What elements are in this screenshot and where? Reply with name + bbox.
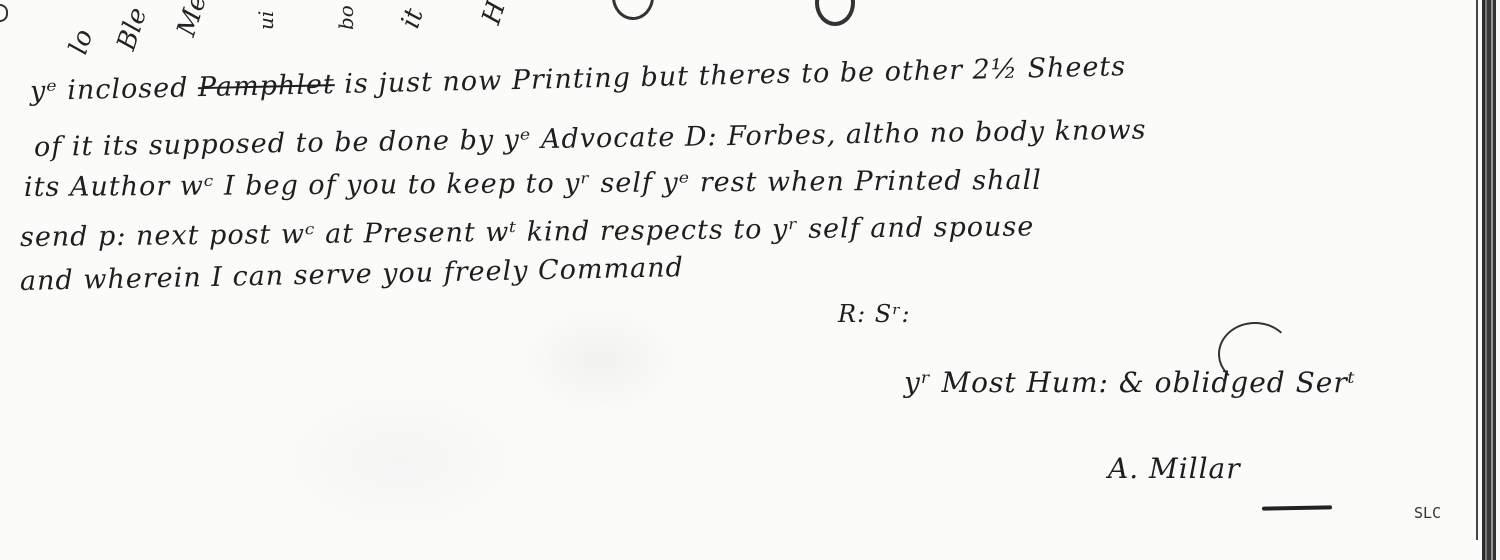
page-edge-line: [1476, 0, 1478, 540]
top-fragment: H: [476, 0, 512, 28]
top-fragment: Me: [171, 0, 213, 40]
top-fragment: it: [395, 5, 429, 32]
letter-line-1: yᵉ inclosed Pamphlet is just now Printin…: [30, 51, 1127, 107]
top-fragment: Ble: [111, 4, 153, 54]
top-fragment: lo: [63, 26, 99, 58]
folio-number: SLC: [1414, 504, 1441, 522]
margin-mark: [0, 4, 8, 22]
flourish: [612, 0, 654, 20]
top-fragment: ui: [254, 11, 278, 30]
struck-word: Pamphlet: [198, 69, 335, 103]
closing: yʳ Most Hum: & oblidged Serᵗ: [904, 366, 1356, 399]
line-text: yᵉ inclosed: [30, 72, 199, 107]
salutation: R: Sʳ:: [838, 300, 911, 328]
underline-flourish: [1262, 505, 1332, 510]
letter-line-2: of it its supposed to be done by yᵉ Advo…: [34, 115, 1147, 163]
top-fragment: bo: [334, 5, 358, 30]
flourish: [815, 0, 855, 26]
letter-line-4: send p: next post wᶜ at Present wᵗ kind …: [20, 211, 1035, 253]
page-binding-edge: [1482, 0, 1496, 560]
letter-line-5: and wherein I can serve you freely Comma…: [20, 252, 685, 297]
manuscript-page: lo Ble Me ui bo it H yᵉ inclosed Pamphle…: [0, 0, 1500, 560]
line-text: is just now Printing but theres to be ot…: [334, 51, 1126, 100]
letter-line-3: its Author wᶜ I beg of you to keep to yʳ…: [24, 165, 1042, 203]
signature: A. Millar: [1108, 452, 1241, 485]
